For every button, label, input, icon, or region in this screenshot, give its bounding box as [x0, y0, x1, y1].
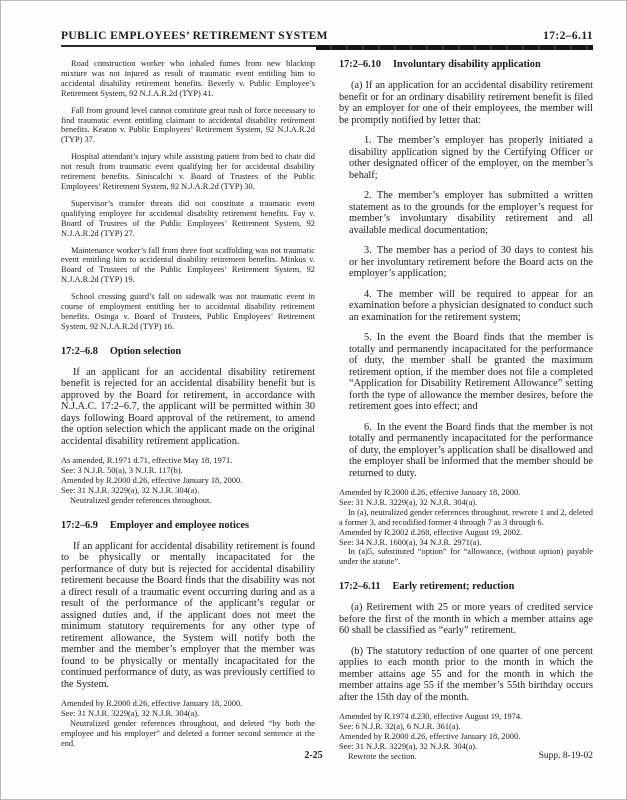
- history-note: See: 6 N.J.R. 32(a), 6 N.J.R. 361(a).: [339, 722, 593, 732]
- history-note: In (a)5, substituted “option” for “allow…: [339, 547, 593, 567]
- page-number: 2-25: [1, 750, 626, 761]
- section-paragraph: 6. In the event the Board finds that the…: [349, 422, 593, 480]
- section-paragraph: (a) If an application for an accidental …: [339, 80, 593, 126]
- history-note: See: 31 N.J.R. 3229(a), 32 N.J.R. 304(a)…: [61, 486, 315, 496]
- history-note: Amended by R.2000 d.26, effective Januar…: [339, 732, 593, 742]
- history-note: Neutralized gender references throughout…: [61, 496, 315, 506]
- two-column-body: Road construction worker who inhaled fum…: [61, 59, 593, 765]
- history-note: Amended by R.2002 d.268, effective Augus…: [339, 528, 593, 538]
- section-paragraph: 1. The member’s employer has properly in…: [349, 135, 593, 181]
- page-footer: 2-25 Supp. 8-19-02: [1, 750, 626, 764]
- header-rule-thick-segment: [316, 45, 593, 50]
- right-column: 17:2–6.10Involuntary disability applicat…: [339, 59, 593, 765]
- case-note: School crossing guard’s fall on sidewalk…: [61, 292, 315, 332]
- section-paragraph: (b) The statutory reduction of one quart…: [339, 646, 593, 704]
- section-title: Involuntary disability application: [393, 59, 541, 70]
- history-notes: Amended by R.2000 d.26, effective Januar…: [339, 488, 593, 567]
- history-notes: Amended by R.2000 d.26, effective Januar…: [61, 699, 315, 749]
- section-paragraph: If an applicant for accidental disabilit…: [61, 541, 315, 691]
- case-note: Road construction worker who inhaled fum…: [61, 59, 315, 99]
- section-heading: 17:2–6.10Involuntary disability applicat…: [339, 59, 593, 71]
- section-paragraph: (a) Retirement with 25 or more years of …: [339, 602, 593, 637]
- supplement-date: Supp. 8-19-02: [539, 751, 593, 761]
- case-note: Supervisor’s transfer threats did not co…: [61, 199, 315, 239]
- history-note: Amended by R.2000 d.26, effective Januar…: [339, 488, 593, 498]
- left-column: Road construction worker who inhaled fum…: [61, 59, 315, 765]
- case-note: Maintenance worker’s fall from three foo…: [61, 246, 315, 286]
- history-note: Neutralized gender references throughout…: [61, 719, 315, 749]
- section-number: 17:2–6.9: [61, 520, 98, 531]
- history-notes: As amended, R.1971 d.71, effective May 1…: [61, 456, 315, 506]
- section-number: 17:2–6.10: [339, 59, 381, 70]
- section-title: Employer and employee notices: [110, 520, 249, 531]
- running-head-title: PUBLIC EMPLOYEES’ RETIREMENT SYSTEM: [61, 30, 328, 42]
- section-paragraph: If an applicant for an accidental disabi…: [61, 367, 315, 448]
- section-paragraph: 3. The member has a period of 30 days to…: [349, 245, 593, 280]
- history-note: As amended, R.1971 d.71, effective May 1…: [61, 456, 315, 466]
- history-note: See: 31 N.J.R. 3229(a), 32 N.J.R. 304(a)…: [61, 709, 315, 719]
- header-rule: [61, 45, 593, 52]
- history-note: In (a), neutralized gender references th…: [339, 508, 593, 528]
- page-header: PUBLIC EMPLOYEES’ RETIREMENT SYSTEM 17:2…: [61, 30, 593, 42]
- section-number: 17:2–6.8: [61, 346, 98, 357]
- document-page: PUBLIC EMPLOYEES’ RETIREMENT SYSTEM 17:2…: [0, 0, 627, 800]
- section-paragraph: 5. In the event the Board finds that the…: [349, 332, 593, 413]
- section-paragraph: 2. The member’s employer has submitted a…: [349, 190, 593, 236]
- history-note: See: 31 N.J.R. 3229(a), 32 N.J.R. 304(a)…: [339, 498, 593, 508]
- history-note: Amended by R.2000 d.26, effective Januar…: [61, 476, 315, 486]
- section-number: 17:2–6.11: [339, 581, 380, 592]
- section-heading: 17:2–6.11Early retirement; reduction: [339, 581, 593, 593]
- case-note: Fall from ground level cannot constitute…: [61, 106, 315, 146]
- section-title: Option selection: [110, 346, 181, 357]
- section-title: Early retirement; reduction: [392, 581, 514, 592]
- history-note: Amended by R.2000 d.26, effective Januar…: [61, 699, 315, 709]
- section-heading: 17:2–6.9Employer and employee notices: [61, 520, 315, 532]
- history-note: Amended by R.1974 d.230, effective Augus…: [339, 712, 593, 722]
- case-note: Hospital attendant’s injury while assist…: [61, 152, 315, 192]
- section-paragraph: 4. The member will be required to appear…: [349, 289, 593, 324]
- running-head-section-ref: 17:2–6.11: [543, 30, 593, 42]
- history-note: See: 34 N.J.R. 1600(a), 34 N.J.R. 2971(a…: [339, 538, 593, 548]
- section-heading: 17:2–6.8Option selection: [61, 346, 315, 358]
- history-note: See: 3 N.J.R. 50(a), 3 N.J.R. 117(b).: [61, 466, 315, 476]
